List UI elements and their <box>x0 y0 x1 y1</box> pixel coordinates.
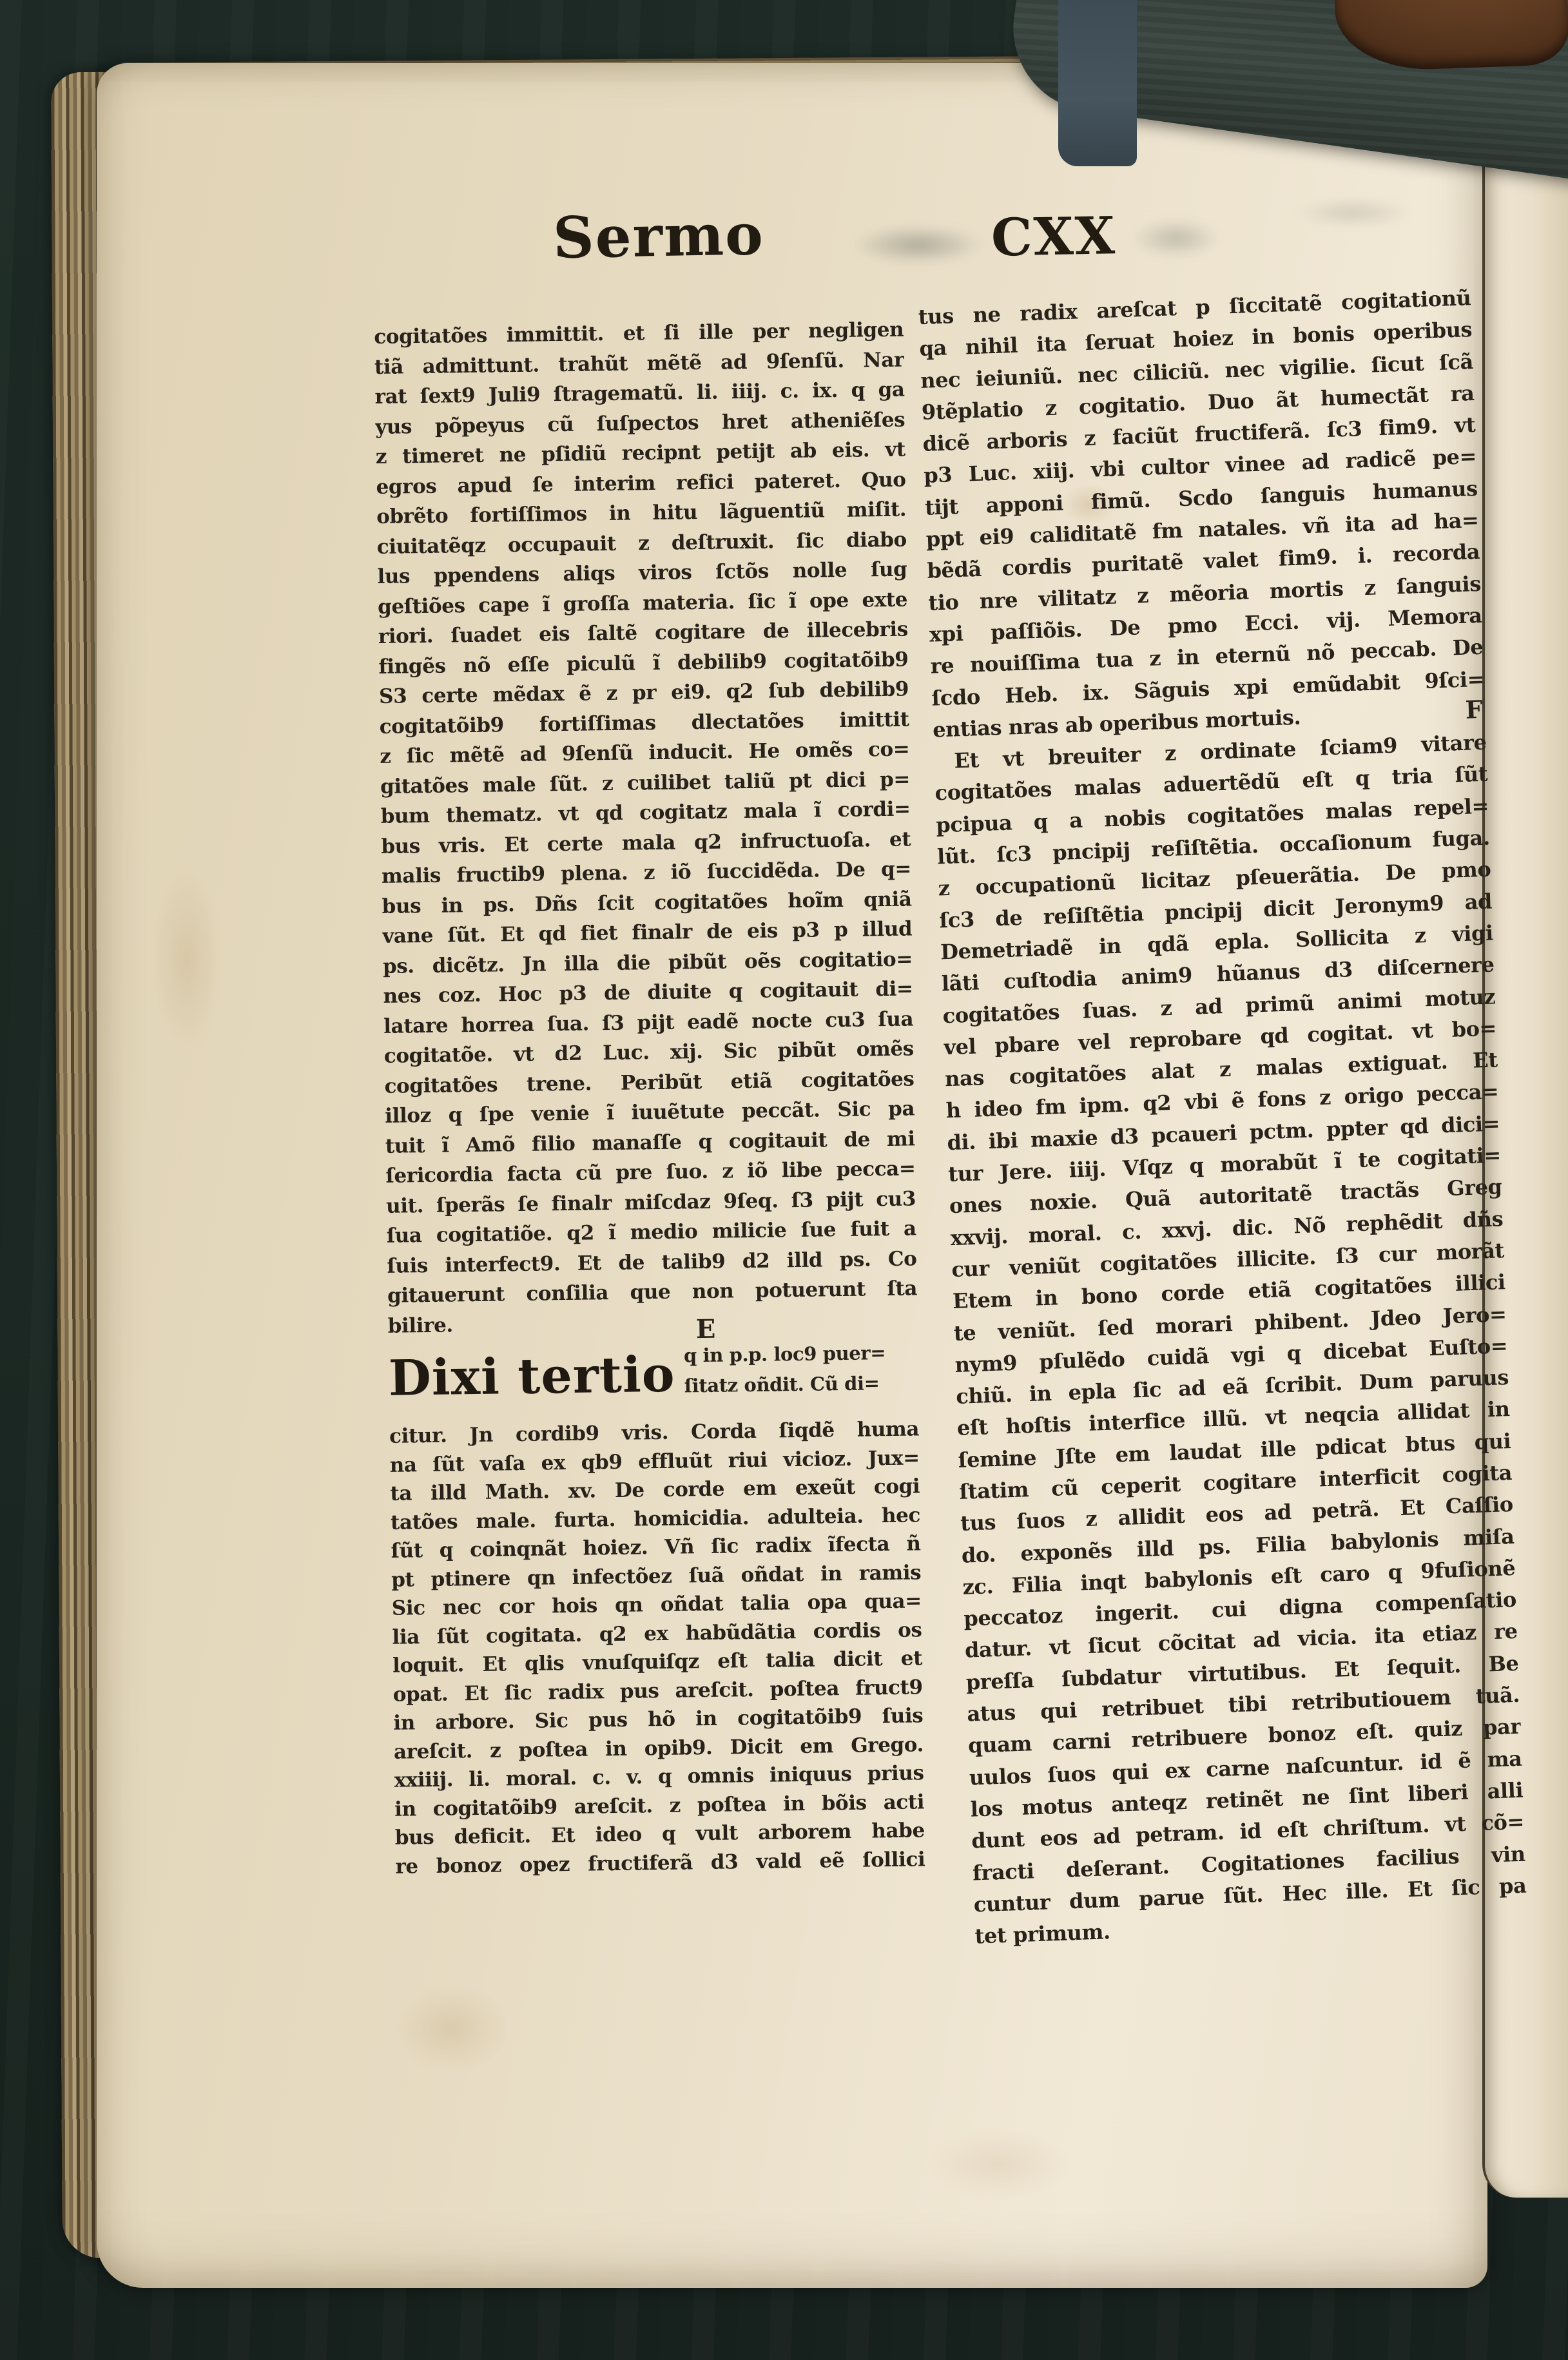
running-header-folio: CXX <box>991 205 1116 267</box>
page-stain <box>896 2113 1102 2216</box>
binding-cloth-panel <box>1058 0 1137 166</box>
signature-mark-e: E <box>696 1314 716 1344</box>
running-header-title: Sermo <box>552 200 764 271</box>
book-photo: Sermo CXX cogitatões immittit. et ſi ill… <box>0 0 1568 2360</box>
text-column-right: tus ne radix areſcat p ſiccitatẽ cogitat… <box>918 282 1528 1953</box>
right-column-lines: tus ne radix areſcat p ſiccitatẽ cogitat… <box>918 282 1528 1953</box>
left-column-upper-lines: cogitatões immittit. et ſi ille per negl… <box>374 315 918 1341</box>
left-column-lower-lines: citur. Jn cordib9 vris. Corda ſiqdẽ huma… <box>389 1415 925 1881</box>
text-line: q in p.p. loc9 puer= <box>684 1337 918 1371</box>
text-line: ſitatz oñdit. Cũ di= <box>684 1368 918 1401</box>
section-heading-row: Dixi tertio q in p.p. loc9 puer=ſitatz o… <box>388 1337 919 1422</box>
page-stain <box>367 1964 535 2093</box>
text-column-left: cogitatões immittit. et ſi ille per negl… <box>374 315 925 1881</box>
section-heading: Dixi tertio <box>388 1341 675 1412</box>
heading-wrap-lines: q in p.p. loc9 puer=ſitatz oñdit. Cũ di= <box>684 1337 919 1401</box>
signature-mark-f: F <box>1465 695 1484 724</box>
page-stain <box>135 824 238 1094</box>
